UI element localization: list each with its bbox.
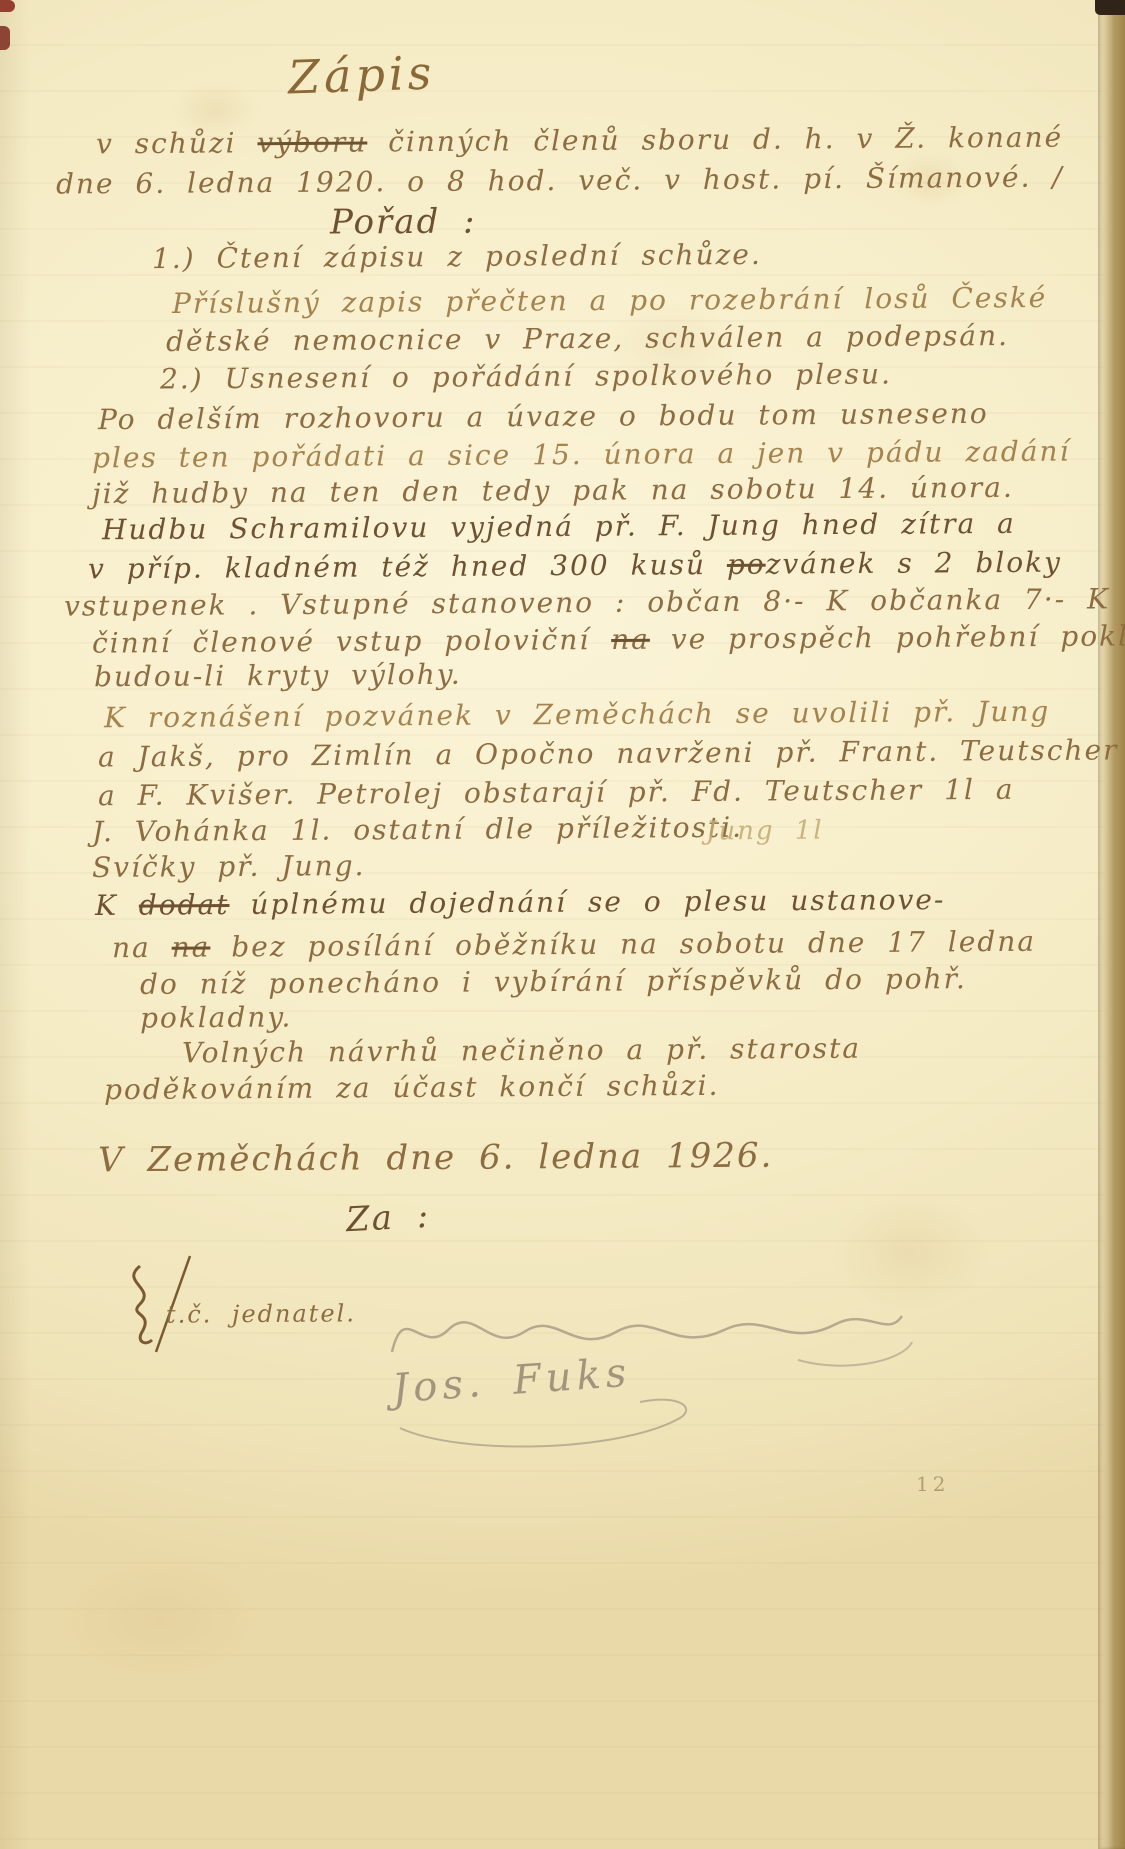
handwriting-line: Svíčky př. Jung. bbox=[92, 849, 366, 884]
handwriting-line: a F. Kvišer. Petrolej obstarají př. Fd. … bbox=[98, 773, 1015, 812]
handwriting-line: Příslušný zapis přečten a po rozebrání l… bbox=[172, 281, 1048, 320]
handwriting-line: v příp. kladném též hned 300 kusů pozván… bbox=[88, 546, 1062, 586]
handwriting-line: v schůzi výboru činných členů sboru d. h… bbox=[96, 121, 1063, 161]
handwriting-line: Pořad : bbox=[330, 201, 477, 242]
handwriting-line: dne 6. ledna 1920. o 8 hod. več. v host.… bbox=[56, 160, 1064, 200]
red-edge-mark bbox=[0, 26, 10, 50]
page-edge-dark-notch bbox=[1095, 0, 1125, 15]
handwriting-line: budou-li kryty výlohy. bbox=[94, 658, 462, 694]
handwriting-line: ples ten pořádati a sice 15. února a jen… bbox=[92, 435, 1071, 475]
handwriting-line: činní členové vstup poloviční na ve pros… bbox=[92, 619, 1125, 659]
paper-stain bbox=[60, 1560, 260, 1680]
handwriting-line: 1.) Čtení zápisu z poslední schůze. bbox=[152, 238, 762, 275]
handwriting-line: Volných návrhů nečiněno a př. starosta bbox=[182, 1032, 861, 1070]
handwriting-line: 2.) Usnesení o pořádání spolkového plesu… bbox=[160, 357, 892, 395]
handwriting-line: K dodat úplnému dojednání se o plesu ust… bbox=[95, 883, 946, 922]
handwriting-line: Hudbu Schramilovu vyjedná př. F. Jung hn… bbox=[102, 507, 1016, 546]
handwriting-line: a Jakš, pro Zimlín a Opočno navrženi př.… bbox=[98, 733, 1119, 773]
handwriting-line: poděkováním za účast končí schůzi. bbox=[104, 1069, 720, 1106]
handwriting-line: K roznášení pozvánek v Zeměchách se uvol… bbox=[104, 695, 1051, 735]
pencil-signature-illegible bbox=[378, 1282, 918, 1372]
handwriting-line: do níž ponecháno i vybírání příspěvků do… bbox=[140, 962, 967, 1001]
handwriting-line: na na bez posílání oběžníku na sobotu dn… bbox=[112, 925, 1036, 964]
handwriting-line: dětské nemocnice v Praze, schválen a pod… bbox=[166, 319, 1009, 358]
dateline: V Zeměchách dne 6. ledna 1926. bbox=[98, 1136, 774, 1181]
signature-role-label: t.č. jednatel. bbox=[166, 1299, 356, 1328]
book-page-edge bbox=[1098, 0, 1125, 1849]
signature-flourish bbox=[380, 1388, 710, 1458]
handwriting-line: J. Vohánka 1l. ostatní dle příležitosti. bbox=[92, 811, 743, 849]
handwriting-line: již hudby na ten den tedy pak na sobotu … bbox=[92, 471, 1014, 510]
red-edge-mark bbox=[0, 0, 15, 12]
handwriting-line: vstupenek . Vstupné stanoveno : občan 8·… bbox=[64, 582, 1110, 622]
scanned-manuscript-page: Zápis v schůzi výboru činných členů sbor… bbox=[0, 0, 1125, 1849]
handwriting-line: Po delším rozhovoru a úvaze o bodu tom u… bbox=[98, 397, 989, 436]
document-title: Zápis bbox=[287, 45, 436, 104]
pencil-margin-note: Jung 1l bbox=[706, 816, 824, 847]
handwriting-line: pokladny. bbox=[140, 1000, 293, 1034]
attest-mark: Za : bbox=[345, 1196, 431, 1240]
page-corner-mark: 12 bbox=[916, 1472, 949, 1496]
